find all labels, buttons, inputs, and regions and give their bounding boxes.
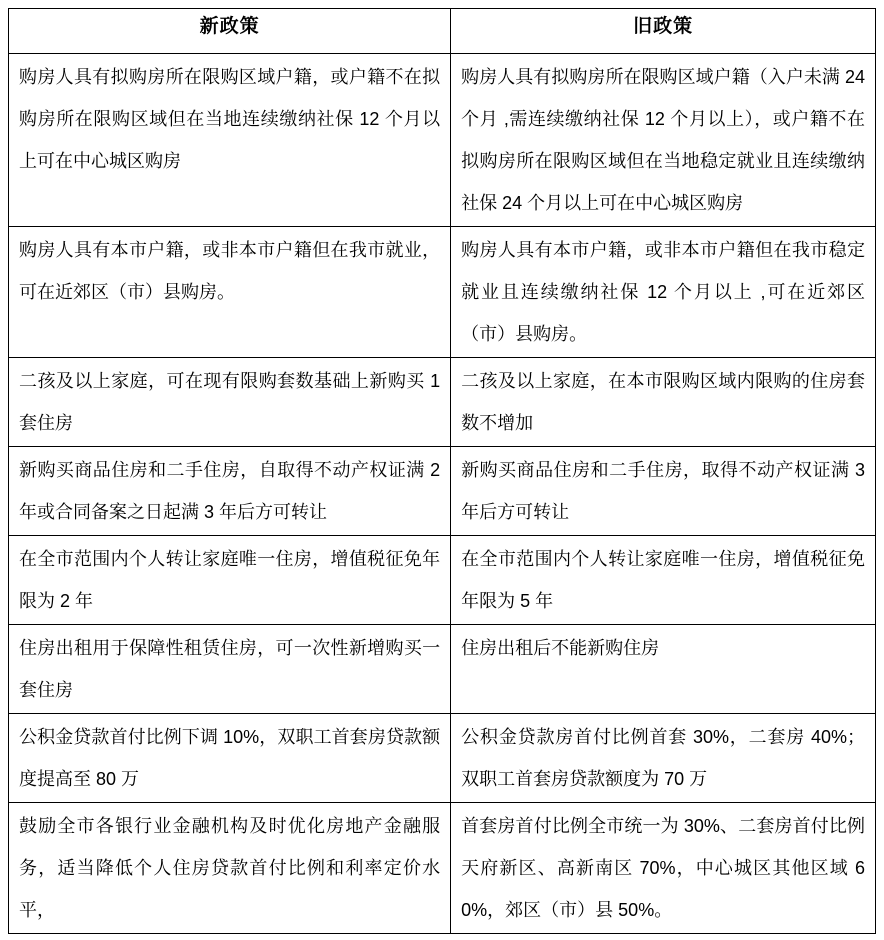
policy-comparison-table: 新政策 旧政策 购房人具有拟购房所在限购区域户籍，或户籍不在拟购房所在限购区域但… bbox=[8, 8, 876, 934]
document-page: 新政策 旧政策 购房人具有拟购房所在限购区域户籍，或户籍不在拟购房所在限购区域但… bbox=[0, 0, 884, 940]
old-policy-cell: 公积金贷款房首付比例首套 30%，二套房 40%；双职工首套房贷款额度为 70 … bbox=[451, 714, 876, 803]
table-row: 购房人具有拟购房所在限购区域户籍，或户籍不在拟购房所在限购区域但在当地连续缴纳社… bbox=[9, 54, 876, 227]
new-policy-cell: 鼓励全市各银行业金融机构及时优化房地产金融服务，适当降低个人住房贷款首付比例和利… bbox=[9, 803, 451, 934]
old-policy-cell: 二孩及以上家庭，在本市限购区域内限购的住房套数不增加 bbox=[451, 358, 876, 447]
table-row: 在全市范围内个人转让家庭唯一住房，增值税征免年限为 2 年 在全市范围内个人转让… bbox=[9, 536, 876, 625]
new-policy-cell: 住房出租用于保障性租赁住房，可一次性新增购买一套住房 bbox=[9, 625, 451, 714]
old-policy-cell: 购房人具有本市户籍，或非本市户籍但在我市稳定就业且连续缴纳社保 12 个月以上 … bbox=[451, 227, 876, 358]
old-policy-cell: 购房人具有拟购房所在限购区域户籍（入户未满 24 个月 ,需连续缴纳社保 12 … bbox=[451, 54, 876, 227]
header-row: 新政策 旧政策 bbox=[9, 9, 876, 54]
new-policy-cell: 公积金贷款首付比例下调 10%，双职工首套房贷款额度提高至 80 万 bbox=[9, 714, 451, 803]
table-row: 住房出租用于保障性租赁住房，可一次性新增购买一套住房 住房出租后不能新购住房 bbox=[9, 625, 876, 714]
column-header-old-policy: 旧政策 bbox=[451, 9, 876, 54]
new-policy-cell: 新购买商品住房和二手住房，自取得不动产权证满 2 年或合同备案之日起满 3 年后… bbox=[9, 447, 451, 536]
column-header-new-policy: 新政策 bbox=[9, 9, 451, 54]
table-row: 新购买商品住房和二手住房，自取得不动产权证满 2 年或合同备案之日起满 3 年后… bbox=[9, 447, 876, 536]
new-policy-cell: 二孩及以上家庭，可在现有限购套数基础上新购买 1 套住房 bbox=[9, 358, 451, 447]
table-row: 二孩及以上家庭，可在现有限购套数基础上新购买 1 套住房 二孩及以上家庭，在本市… bbox=[9, 358, 876, 447]
old-policy-cell: 在全市范围内个人转让家庭唯一住房，增值税征免年限为 5 年 bbox=[451, 536, 876, 625]
table-row: 公积金贷款首付比例下调 10%，双职工首套房贷款额度提高至 80 万 公积金贷款… bbox=[9, 714, 876, 803]
new-policy-cell: 购房人具有拟购房所在限购区域户籍，或户籍不在拟购房所在限购区域但在当地连续缴纳社… bbox=[9, 54, 451, 227]
table-row: 购房人具有本市户籍，或非本市户籍但在我市就业，可在近郊区（市）县购房。 购房人具… bbox=[9, 227, 876, 358]
old-policy-cell: 住房出租后不能新购住房 bbox=[451, 625, 876, 714]
new-policy-cell: 购房人具有本市户籍，或非本市户籍但在我市就业，可在近郊区（市）县购房。 bbox=[9, 227, 451, 358]
old-policy-cell: 新购买商品住房和二手住房，取得不动产权证满 3 年后方可转让 bbox=[451, 447, 876, 536]
old-policy-cell: 首套房首付比例全市统一为 30%、二套房首付比例天府新区、高新南区 70%，中心… bbox=[451, 803, 876, 934]
table-row: 鼓励全市各银行业金融机构及时优化房地产金融服务，适当降低个人住房贷款首付比例和利… bbox=[9, 803, 876, 934]
new-policy-cell: 在全市范围内个人转让家庭唯一住房，增值税征免年限为 2 年 bbox=[9, 536, 451, 625]
